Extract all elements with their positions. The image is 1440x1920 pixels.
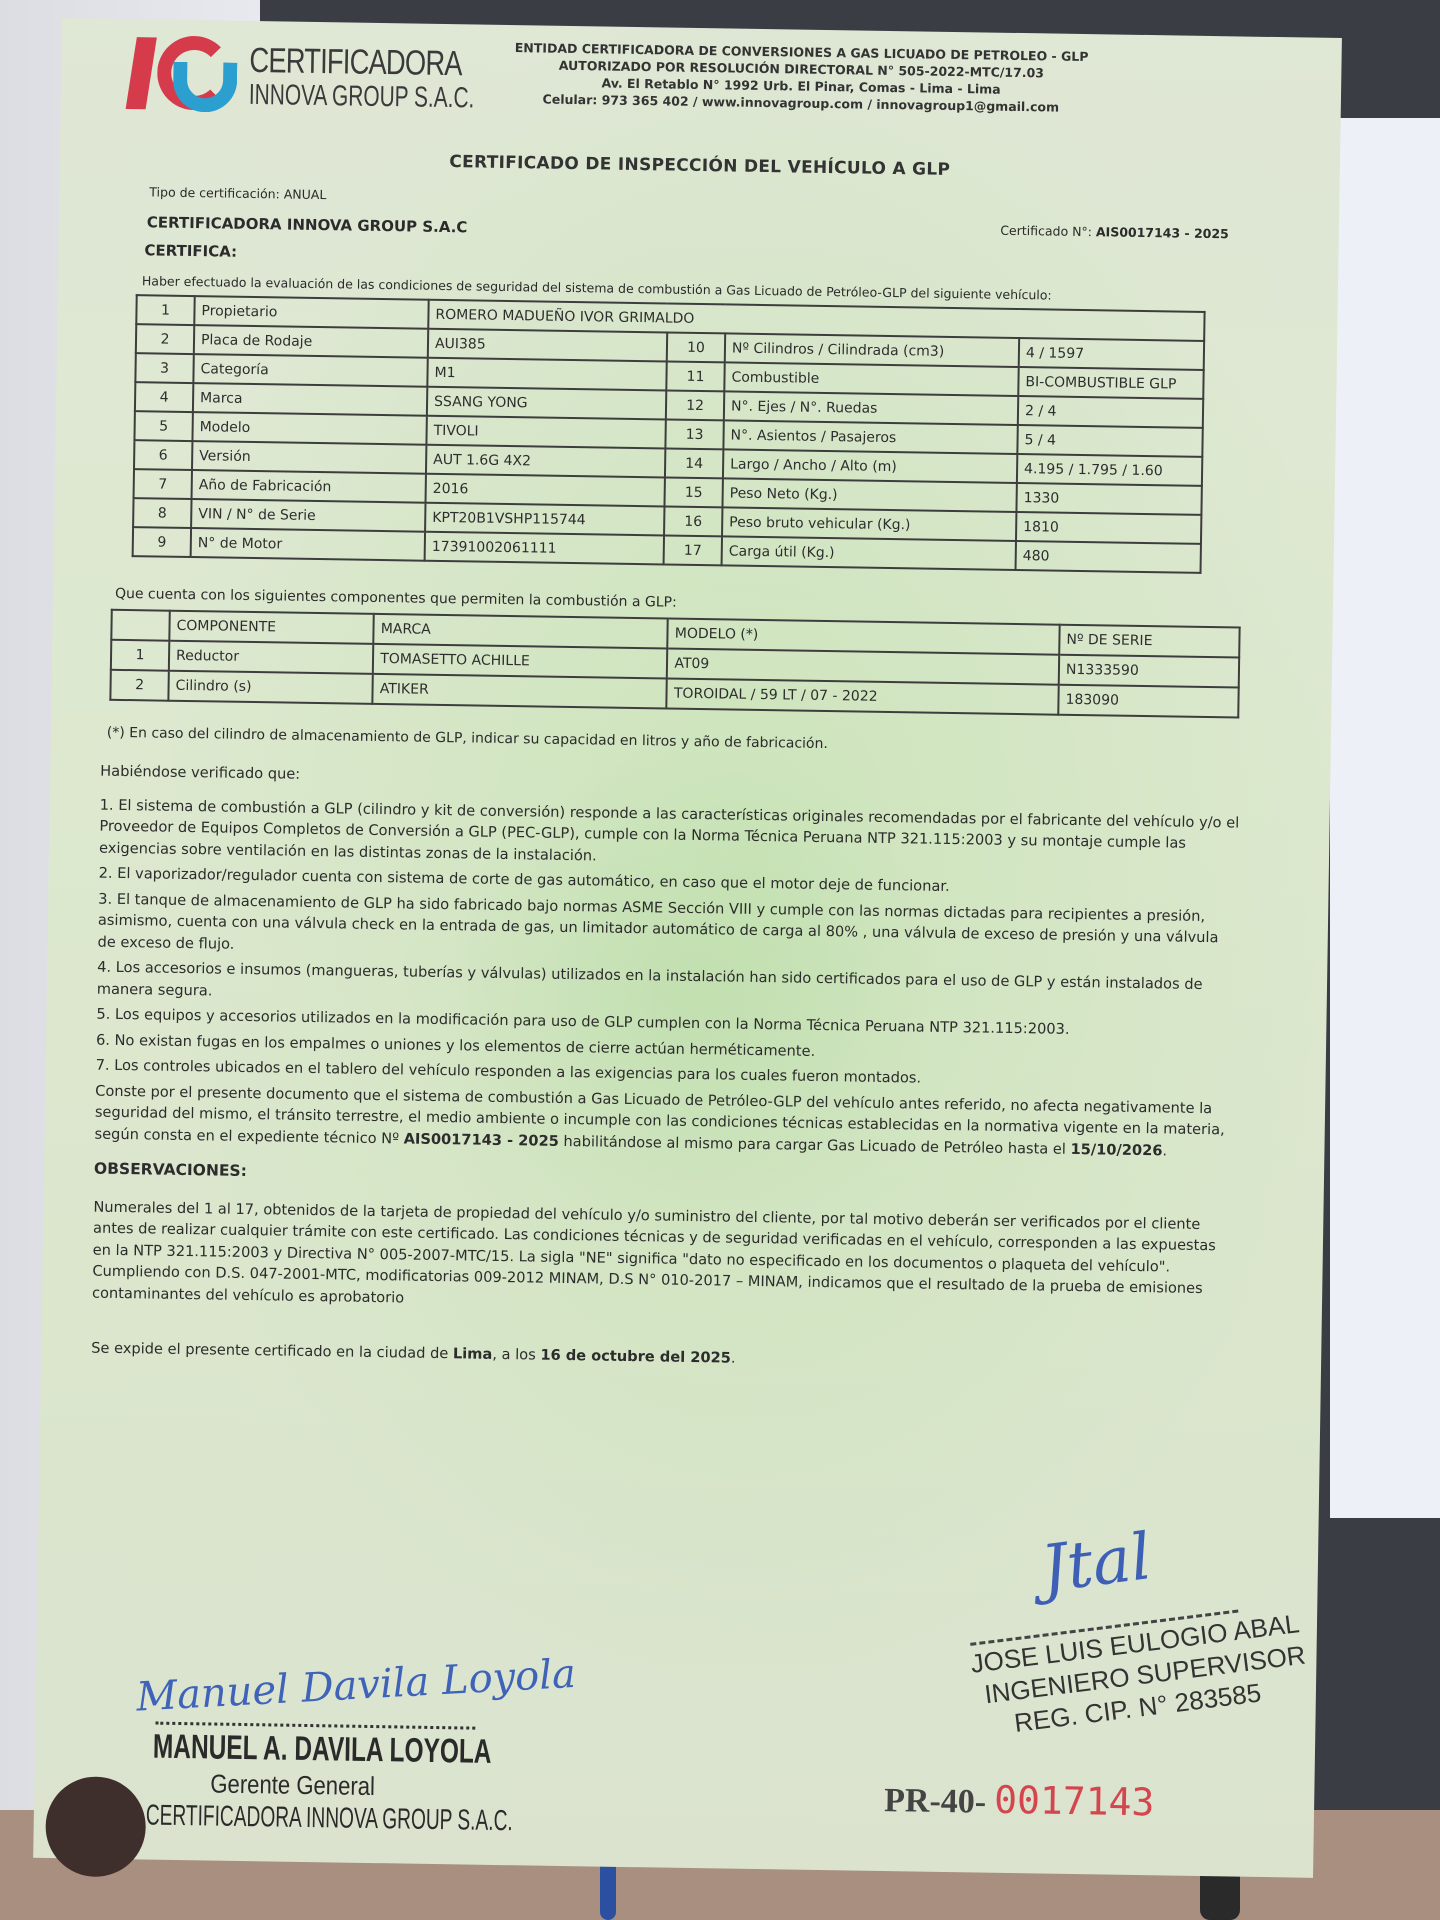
company-name: CERTIFICADORA INNOVA GROUP S.A.C [147, 213, 468, 236]
row-value: M1 [427, 358, 666, 391]
row-number: 7 [134, 469, 192, 499]
handwritten-signature: Jtal [1037, 1520, 1155, 1607]
logo-subtitle: INNOVA GROUP S.A.C. [249, 79, 475, 116]
row-value: 1330 [1016, 483, 1201, 515]
row-number: 11 [666, 361, 724, 391]
row-label: Año de Fabricación [192, 470, 426, 503]
logo-title: CERTIFICADORA [249, 41, 462, 84]
row-number: 5 [134, 411, 192, 441]
row-number: 14 [665, 448, 723, 478]
issuance-city: Lima [453, 1345, 493, 1363]
table-cell: ATIKER [373, 674, 668, 709]
row-label: Placa de Rodaje [194, 325, 428, 358]
row-label: VIN / N° de Serie [191, 499, 425, 532]
row-label: Nº Cilindros / Cilindrada (cm3) [725, 333, 1019, 367]
row-value: 4.195 / 1.795 / 1.60 [1017, 454, 1202, 486]
row-label: Categoría [193, 354, 427, 387]
serial-value: 0017143 [994, 1778, 1155, 1825]
observations-title: OBSERVACIONES: [94, 1159, 1234, 1198]
column-header: Nº DE SERIE [1059, 625, 1239, 658]
certifica-heading: CERTIFICA: [144, 241, 237, 260]
certificate-number: Certificado N°: AIS0017143 - 2025 [1000, 223, 1229, 242]
row-value: AUI385 [428, 329, 667, 362]
column-header: COMPONENTE [169, 611, 374, 644]
row-label: Modelo [192, 412, 426, 445]
expediente-number: AIS0017143 - 2025 [404, 1130, 559, 1149]
conste-paragraph: Conste por el presente documento que el … [94, 1080, 1235, 1162]
row-number: 13 [665, 419, 723, 449]
table-cell: 1 [111, 640, 169, 671]
row-label: Carga útil (Kg.) [722, 536, 1016, 570]
row-value: 2016 [426, 474, 665, 507]
row-label: Versión [192, 441, 426, 474]
background-paper-right [1330, 118, 1440, 1518]
column-header: MARCA [374, 614, 669, 649]
certificate-body: Habiéndose verificado que: 1. El sistema… [91, 761, 1240, 1377]
row-number: 16 [664, 506, 722, 536]
table-cell: Cilindro (s) [168, 671, 373, 704]
row-number: 3 [135, 353, 193, 383]
components-intro: Que cuenta con los siguientes componente… [115, 586, 677, 611]
table-cell: 183090 [1058, 685, 1238, 718]
row-number: 1 [136, 295, 194, 325]
serial-prefix: PR-40- [884, 1782, 987, 1821]
row-label: Peso Neto (Kg.) [722, 478, 1016, 512]
row-value: 17391002061111 [425, 532, 664, 565]
row-label: Largo / Ancho / Alto (m) [723, 449, 1017, 483]
row-label: N°. Ejes / N°. Ruedas [724, 391, 1018, 425]
row-number: 6 [134, 440, 192, 470]
row-label: Peso bruto vehicular (Kg.) [722, 507, 1016, 541]
row-number: 15 [664, 477, 722, 507]
certification-type: Tipo de certificación: ANUAL [149, 184, 326, 202]
header-info: ENTIDAD CERTIFICADORA DE CONVERSIONES A … [481, 39, 1122, 117]
row-number: 2 [136, 324, 194, 354]
row-number: 17 [664, 535, 722, 565]
row-number: 9 [133, 527, 191, 557]
valid-until-date: 15/10/2026 [1070, 1140, 1162, 1158]
row-label: Marca [193, 383, 427, 416]
certificate-number-value: AIS0017143 - 2025 [1096, 224, 1229, 241]
row-value: 4 / 1597 [1019, 338, 1204, 370]
components-footnote: (*) En caso del cilindro de almacenamien… [107, 725, 828, 752]
row-number: 12 [666, 390, 724, 420]
row-value: 480 [1016, 541, 1201, 573]
signer-name: MANUEL A. DAVILA LOYOLA [153, 1728, 492, 1772]
logo-i-mark [126, 37, 157, 109]
column-header [111, 610, 169, 641]
table-cell: TOMASETTO ACHILLE [373, 644, 668, 679]
signer-company: CERTIFICADORA INNOVA GROUP S.A.C. [146, 1799, 513, 1838]
vehicle-table: 1 Propietario ROMERO MADUEÑO IVOR GRIMAL… [132, 294, 1206, 574]
table-cell: N1333590 [1059, 655, 1239, 688]
row-number: 10 [667, 332, 725, 362]
row-label: N°. Asientos / Pasajeros [723, 420, 1017, 454]
issuance-date: 16 de octubre del 2025 [540, 1347, 731, 1367]
row-value: BI-COMBUSTIBLE GLP [1018, 367, 1203, 399]
serial-number: PR-40-0017143 [884, 1776, 1155, 1824]
row-value: 1810 [1016, 512, 1201, 544]
signer-role: Gerente General [210, 1768, 375, 1802]
document-title: CERTIFICADO DE INSPECCIÓN DEL VEHÍCULO A… [60, 146, 1340, 186]
row-value: TIVOLI [426, 416, 665, 449]
certificate-paper: CERTIFICADORA INNOVA GROUP S.A.C. ENTIDA… [33, 18, 1342, 1878]
table-cell: TOROIDAL / 59 LT / 07 - 2022 [667, 679, 1059, 715]
signature-block-manager: Manuel Davila Loyola MANUEL A. DAVILA LO… [73, 1638, 496, 1865]
verification-item: 3. El tanque de almacenamiento de GLP ha… [97, 888, 1238, 970]
components-table: COMPONENTEMARCAMODELO (*)Nº DE SERIE1Red… [109, 609, 1240, 719]
row-label: Combustible [724, 362, 1018, 396]
verification-list: 1. El sistema de combustión a GLP (cilin… [95, 794, 1239, 1094]
row-label: N° de Motor [191, 528, 425, 561]
row-value: KPT20B1VSHP115744 [425, 503, 664, 536]
table-cell: 2 [110, 670, 168, 701]
certificate-number-label: Certificado N°: [1000, 223, 1096, 240]
issuance-statement: Se expide el presente certificado en la … [91, 1338, 1231, 1377]
table-cell: Reductor [169, 641, 374, 674]
row-value: 2 / 4 [1018, 396, 1203, 428]
company-logo: CERTIFICADORA INNOVA GROUP S.A.C. [130, 31, 461, 126]
row-label: Propietario [194, 296, 428, 329]
handwritten-signature: Manuel Davila Loyola [135, 1651, 577, 1721]
row-number: 8 [133, 498, 191, 528]
row-value: 5 / 4 [1017, 425, 1202, 457]
row-number: 4 [135, 382, 193, 412]
row-value: AUT 1.6G 4X2 [426, 445, 665, 478]
row-value: SSANG YONG [427, 387, 666, 420]
